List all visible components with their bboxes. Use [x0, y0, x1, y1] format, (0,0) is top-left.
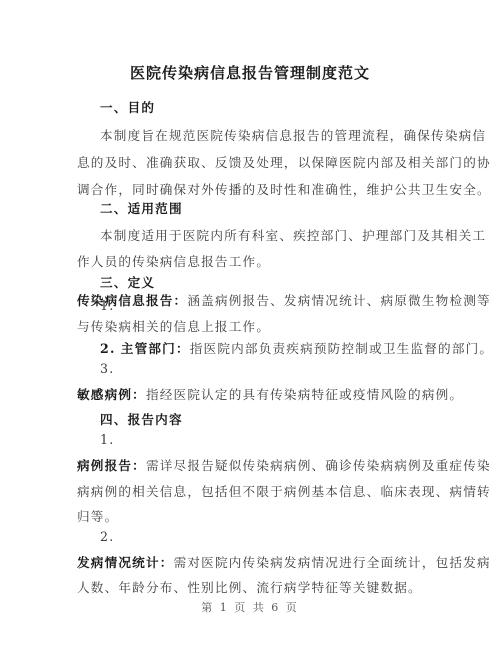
page-footer: 第 1 页 共 6 页 [0, 599, 500, 615]
definition-text: 指医院内部负责疾病预防控制或卫生监督的部门。 [190, 341, 493, 356]
document-title: 医院传染病信息报告管理制度范文 [0, 62, 500, 83]
definition-item: 传染病信息报告：涵盖病例报告、发病情况统计、病原微生物检测等 [77, 290, 491, 309]
report-item-term: 发病情况统计： [77, 555, 174, 570]
section-heading-report-content: 四、报告内容 [100, 409, 183, 428]
definition-term: 传染病信息报告： [77, 293, 187, 308]
paragraph-line: 息的及时、准确获取、反馈及处理，以保障医院内部及相关部门的协 [77, 152, 491, 171]
section-heading-scope: 二、适用范围 [100, 198, 183, 217]
report-item-text: 需详尽报告疑似传染病病例、确诊传染病病例及重症传染 [146, 458, 491, 473]
paragraph-line: 本制度旨在规范医院传染病信息报告的管理流程，确保传染病信 [100, 125, 486, 144]
paragraph-line: 与传染病相关的信息上报工作。 [77, 316, 270, 335]
section-heading-purpose: 一、目的 [100, 97, 155, 116]
paragraph-line: 病病例的相关信息，包括但不限于病例基本信息、临床表现、病情转 [77, 481, 491, 500]
document-page: 医院传染病信息报告管理制度范文 一、目的 本制度旨在规范医院传染病信息报告的管理… [0, 0, 500, 647]
paragraph-line: 归等。 [77, 506, 118, 525]
list-number: 3. [100, 361, 114, 376]
paragraph-line: 人数、年龄分布、性别比例、流行病学特征等关键数据。 [77, 577, 422, 596]
report-item: 发病情况统计：需对医院内传染病发病情况进行全面统计，包括发病 [77, 552, 491, 571]
paragraph-line: 调合作，同时确保对外传播的及时性和准确性，维护公共卫生安全。 [77, 179, 491, 198]
paragraph-line: 本制度适用于医院内所有科室、疾控部门、护理部门及其相关工 [100, 225, 486, 244]
section-heading-definitions: 三、定义 [100, 272, 155, 291]
report-item: 病例报告：需详尽报告疑似传染病病例、确诊传染病病例及重症传染 [77, 455, 491, 474]
report-item-term: 病例报告： [77, 458, 146, 473]
list-number: 2. [100, 341, 116, 356]
report-item-text: 需对医院内传染病发病情况进行全面统计，包括发病 [174, 555, 491, 570]
definition-text: 指经医院认定的具有传染病特征或疫情风险的病例。 [146, 387, 463, 402]
definition-term: 敏感病例： [77, 387, 146, 402]
list-number: 2. [100, 529, 114, 544]
definition-item: 敏感病例：指经医院认定的具有传染病特征或疫情风险的病例。 [77, 384, 463, 403]
definition-text: 涵盖病例报告、发病情况统计、病原微生物检测等 [187, 293, 490, 308]
paragraph-line: 作人员的传染病信息报告工作。 [77, 251, 270, 270]
definition-term: 主管部门： [121, 341, 190, 356]
definition-item: 2. 主管部门：指医院内部负责疾病预防控制或卫生监督的部门。 [100, 338, 493, 357]
list-number: 1. [100, 432, 114, 447]
